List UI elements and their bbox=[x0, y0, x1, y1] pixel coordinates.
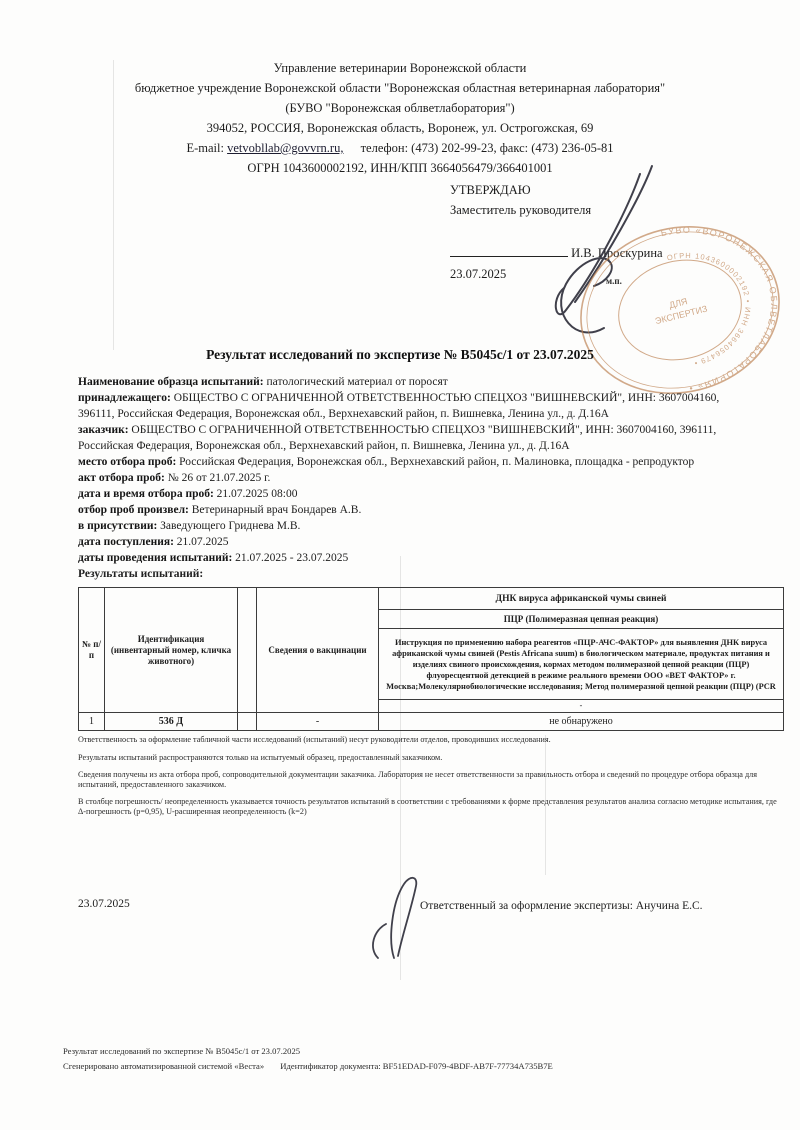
footer-generated: Сгенерировано автоматизированной системо… bbox=[63, 1061, 264, 1071]
responsible-handwritten-signature bbox=[352, 862, 442, 972]
footnote-3: Сведения получены из акта отбора проб, с… bbox=[78, 770, 778, 789]
footnote-4: В столбце погрешность/ неопределенность … bbox=[78, 797, 778, 816]
detail-sample-name: Наименование образца испытаний: патологи… bbox=[78, 374, 740, 390]
detail-owner: принадлежащего: ОБЩЕСТВО С ОГРАНИЧЕННОЙ … bbox=[78, 390, 740, 422]
detail-testing-dates: даты проведения испытаний: 21.07.2025 - … bbox=[78, 550, 740, 566]
row-spacer-cell bbox=[238, 713, 257, 731]
footer-generated-line: Сгенерировано автоматизированной системо… bbox=[63, 1059, 553, 1074]
org-name-line1: Управление ветеринарии Воронежской облас… bbox=[0, 58, 800, 78]
detail-receipt-date: дата поступления: 21.07.2025 bbox=[78, 534, 740, 550]
page-footer: Результат исследований по экспертизе № B… bbox=[63, 1044, 553, 1074]
document-body: Наименование образца испытаний: патологи… bbox=[78, 374, 740, 824]
row-num-cell: 1 bbox=[79, 713, 105, 731]
email-label: E-mail: bbox=[186, 141, 224, 155]
detail-sampling-act: акт отбора проб: № 26 от 21.07.2025 г. bbox=[78, 470, 740, 486]
results-section-label: Результаты испытаний: bbox=[78, 566, 740, 582]
detail-sampling-place: место отбора проб: Российская Федерация,… bbox=[78, 454, 740, 470]
footer-expertise-ref: Результат исследований по экспертизе № B… bbox=[63, 1044, 553, 1059]
document-title: Результат исследований по экспертизе № B… bbox=[0, 347, 800, 363]
seal-place-mark: м.п. bbox=[606, 276, 622, 286]
column-header-spacer bbox=[238, 588, 257, 713]
detail-sampling-datetime: дата и время отбора проб: 21.07.2025 08:… bbox=[78, 486, 740, 502]
org-name-line3: (БУВО "Воронежская облветлаборатория") bbox=[0, 98, 800, 118]
row-vaccination-cell: - bbox=[257, 713, 379, 731]
column-header-identification: Идентификация (инвентарный номер, кличка… bbox=[105, 588, 238, 713]
row-result-cell: не обнаружено bbox=[379, 713, 784, 731]
responsible-person-label: Ответственный за оформление экспертизы: … bbox=[420, 900, 703, 912]
test-method-short-cell: ПЦР (Полимеразная цепная реакция) bbox=[379, 610, 784, 629]
detail-customer: заказчик: ОБЩЕСТВО С ОГРАНИЧЕННОЙ ОТВЕТС… bbox=[78, 422, 740, 454]
footnotes: Ответственность за оформление табличной … bbox=[78, 735, 778, 816]
test-name-cell: ДНК вируса африканской чумы свиней bbox=[379, 588, 784, 610]
footnote-2: Результаты испытаний распространяются то… bbox=[78, 753, 778, 763]
row-identification-cell: 536 Д bbox=[105, 713, 238, 731]
table-row: 1 536 Д - не обнаружено bbox=[79, 713, 784, 731]
test-method-full-cell: Инструкция по применению набора реагенто… bbox=[379, 629, 784, 700]
email-link: vetvobllab@govvrn.ru, bbox=[227, 141, 343, 155]
footnote-1: Ответственность за оформление табличной … bbox=[78, 735, 778, 745]
detail-witness: в присутствии: Заведующего Гриднева М.В. bbox=[78, 518, 740, 534]
document-page: Управление ветеринарии Воронежской облас… bbox=[0, 0, 800, 1130]
org-name-line2: бюджетное учреждение Воронежской области… bbox=[0, 78, 800, 98]
results-table: № п/п Идентификация (инвентарный номер, … bbox=[78, 587, 784, 731]
signoff-date: 23.07.2025 bbox=[78, 898, 130, 910]
column-header-vaccination: Сведения о вакцинации bbox=[257, 588, 379, 713]
column-header-num: № п/п bbox=[79, 588, 105, 713]
detail-sampler: отбор проб произвел: Ветеринарный врач Б… bbox=[78, 502, 740, 518]
footer-doc-id: Идентификатор документа: BF51EDAD-F079-4… bbox=[280, 1061, 552, 1071]
org-address: 394052, РОССИЯ, Воронежская область, Вор… bbox=[0, 118, 800, 138]
empty-subrow-cell: - bbox=[379, 700, 784, 713]
